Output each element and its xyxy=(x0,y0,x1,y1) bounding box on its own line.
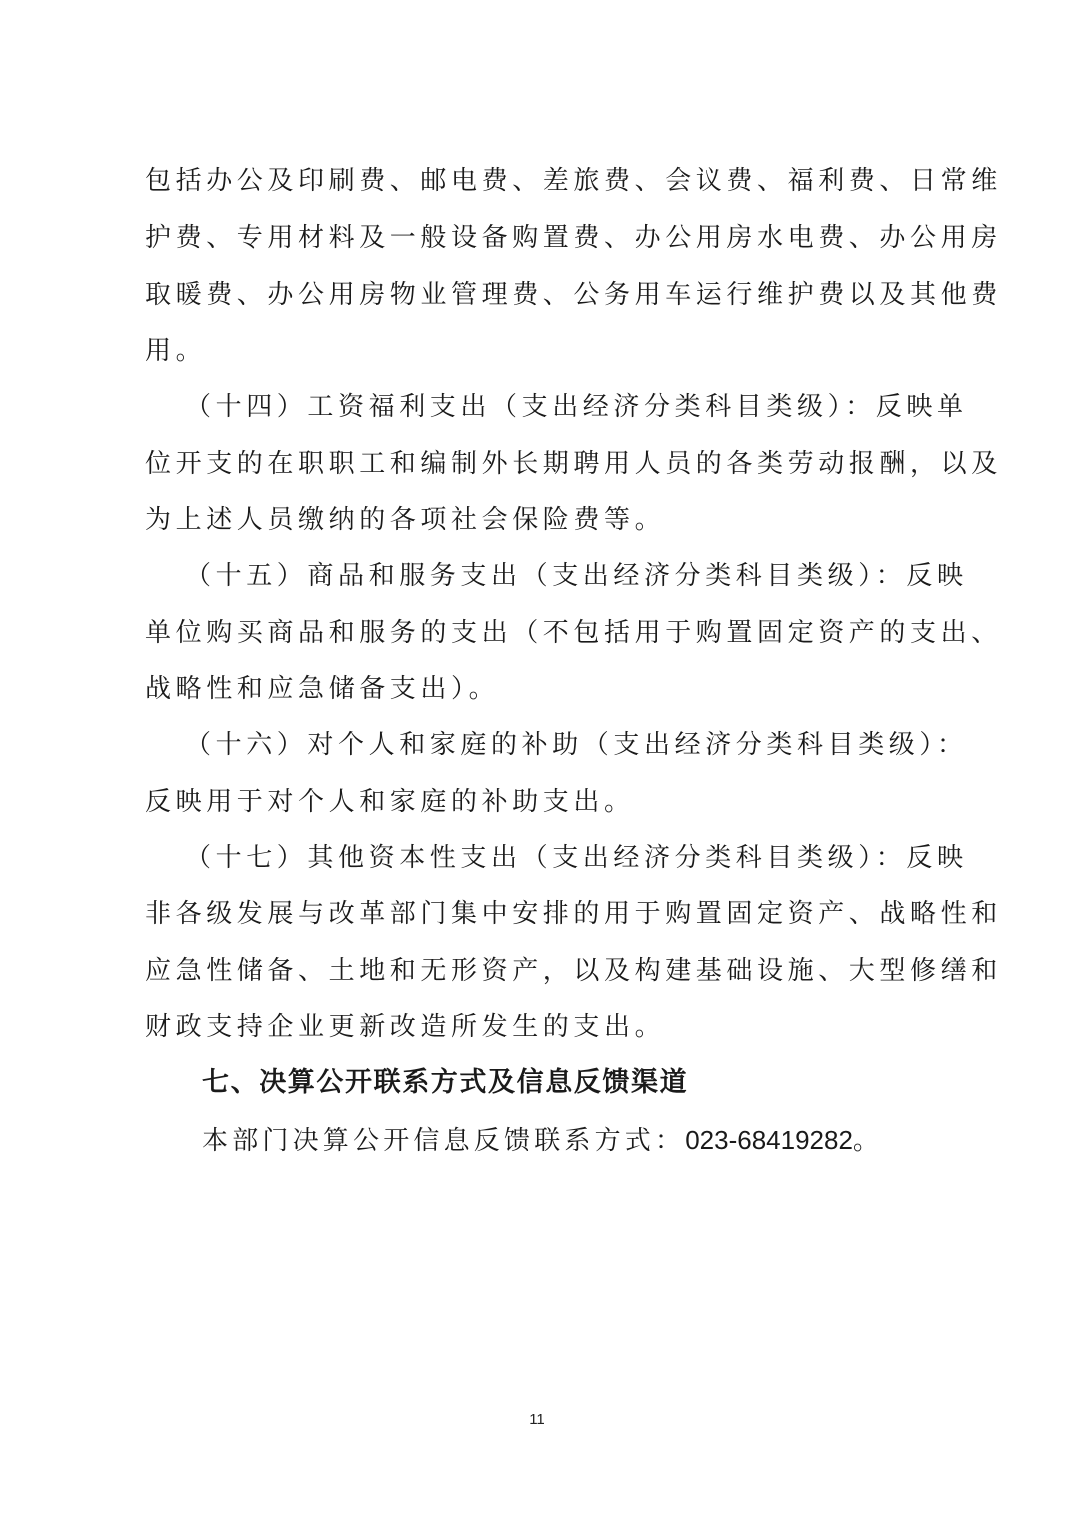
item-14-line: 位开支的在职职工和编制外长期聘用人员的各类劳动报酬，以及 xyxy=(145,449,945,479)
item-14-line: （十四）工资福利支出（支出经济分类科目类级）：反映单 xyxy=(185,392,945,422)
paragraph-line: 护费、专用材料及一般设备购置费、办公用房水电费、办公用房 xyxy=(145,223,945,253)
item-17-line: （十七）其他资本性支出（支出经济分类科目类级）：反映 xyxy=(185,843,945,873)
paragraph-line: 包括办公及印刷费、邮电费、差旅费、会议费、福利费、日常维 xyxy=(145,166,945,196)
item-17-line: 应急性储备、土地和无形资产，以及构建基础设施、大型修缮和 xyxy=(145,956,945,986)
item-14-line: 为上述人员缴纳的各项社会保险费等。 xyxy=(145,505,945,535)
item-17-line: 非各级发展与改革部门集中安排的用于购置固定资产、战略性和 xyxy=(145,899,945,929)
item-15-line: 单位购买商品和服务的支出（不包括用于购置固定资产的支出、 xyxy=(145,618,945,648)
contact-label: 本部门决算公开信息反馈联系方式： xyxy=(202,1126,685,1156)
section-heading: 七、决算公开联系方式及信息反馈渠道 xyxy=(202,1068,688,1098)
item-16-line: （十六）对个人和家庭的补助（支出经济分类科目类级）： xyxy=(185,730,945,760)
item-15-line: （十五）商品和服务支出（支出经济分类科目类级）：反映 xyxy=(185,561,945,591)
page-number: 11 xyxy=(0,1411,1074,1428)
contact-end-punctuation: 。 xyxy=(853,1126,883,1156)
paragraph-line: 取暖费、办公用房物业管理费、公务用车运行维护费以及其他费 xyxy=(145,280,945,310)
item-17-line: 财政支持企业更新改造所发生的支出。 xyxy=(145,1012,945,1042)
paragraph-line: 用。 xyxy=(145,336,945,366)
contact-phone-number: 023-68419282 xyxy=(685,1125,853,1155)
document-page: 包括办公及印刷费、邮电费、差旅费、会议费、福利费、日常维 护费、专用材料及一般设… xyxy=(0,0,1074,1520)
item-15-line: 战略性和应急储备支出）。 xyxy=(145,674,945,704)
contact-line: 本部门决算公开信息反馈联系方式：023-68419282。 xyxy=(202,1125,883,1156)
item-16-line: 反映用于对个人和家庭的补助支出。 xyxy=(145,787,945,817)
